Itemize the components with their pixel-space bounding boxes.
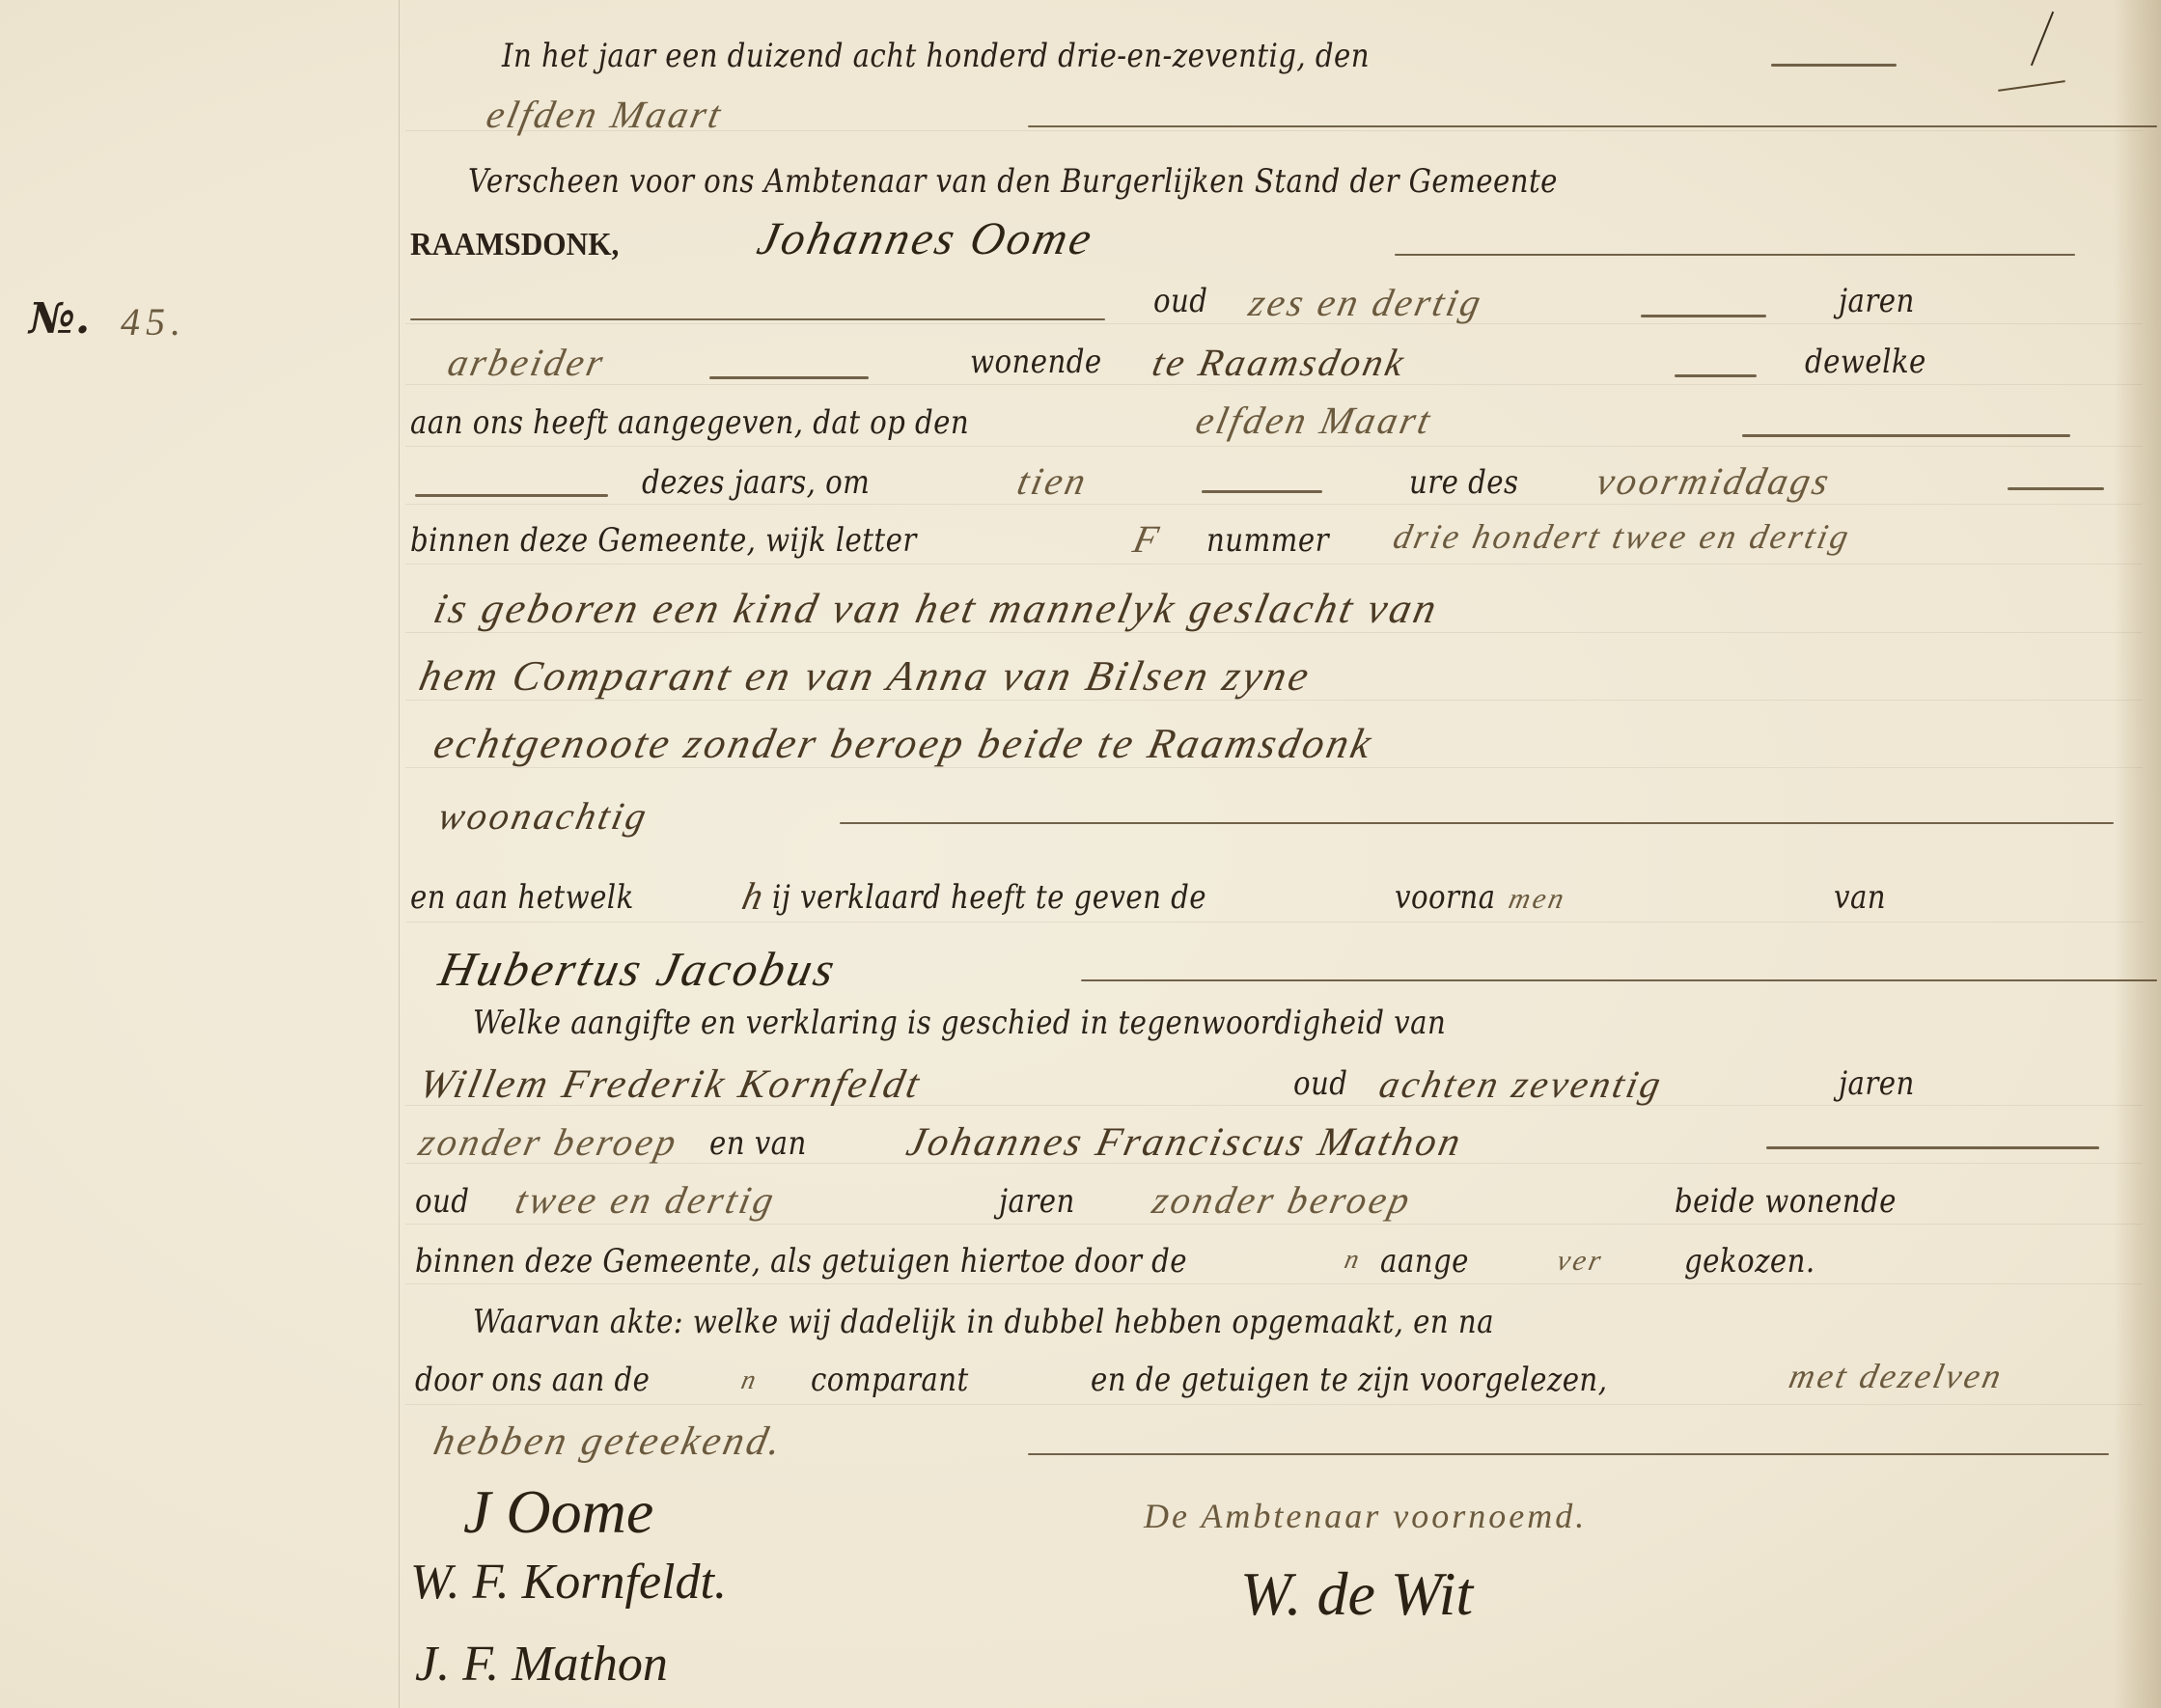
ward-letter: F bbox=[1129, 516, 1165, 562]
ruled-line bbox=[405, 922, 2143, 923]
ruled-line bbox=[405, 446, 2143, 447]
fill-rule bbox=[1202, 490, 1322, 493]
label-beide-wonende: beide wonende bbox=[1675, 1182, 1897, 1221]
record-number-label: №. bbox=[29, 294, 90, 344]
hand-line-22-end: met dezelven bbox=[1786, 1356, 2008, 1396]
birth-date: elfden Maart bbox=[1192, 398, 1437, 443]
label-comparant: comparant bbox=[811, 1361, 969, 1399]
fill-rule bbox=[1081, 979, 2157, 981]
signature-declarant: J Oome bbox=[463, 1476, 653, 1548]
fill-rule bbox=[840, 822, 2114, 824]
fill-rule bbox=[1028, 125, 2157, 127]
fill-rule bbox=[1641, 315, 1766, 317]
hand-line-10: is geboren een kind van het mannelyk ges… bbox=[429, 584, 1444, 633]
page-mark-dash bbox=[1998, 80, 2065, 92]
witness2-name: Johannes Franciscus Mathon bbox=[902, 1119, 1467, 1166]
fill-rule bbox=[415, 494, 608, 497]
print-line-9: binnen deze Gemeente, wijk letter bbox=[410, 521, 917, 560]
print-line-7: aan ons heeft aangegeven, dat op den bbox=[410, 403, 969, 442]
page-mark bbox=[2031, 12, 2054, 66]
hand-line-23: hebben geteekend. bbox=[429, 1419, 788, 1465]
label-oud: oud bbox=[1293, 1064, 1347, 1103]
hand-date: elfden Maart bbox=[483, 92, 728, 137]
municipality: RAAMSDONK, bbox=[410, 227, 619, 263]
fill-rule bbox=[1028, 1453, 2109, 1455]
fill-rule bbox=[1771, 64, 1897, 67]
suffix-ver: ver bbox=[1554, 1245, 1607, 1278]
fill-rule bbox=[1742, 434, 2070, 437]
print-line-20a: binnen deze Gemeente, als getuigen hiert… bbox=[415, 1242, 1187, 1281]
label-oud: oud bbox=[415, 1182, 469, 1221]
print-line-1: In het jaar een duizend acht honderd dri… bbox=[502, 37, 1370, 75]
witness1-age: achten zeventig bbox=[1375, 1061, 1668, 1107]
house-number: drie hondert twee en dertig bbox=[1390, 516, 1855, 557]
label-gekozen: gekozen. bbox=[1684, 1242, 1815, 1281]
suffix-n: n bbox=[738, 1365, 762, 1396]
label-van: van bbox=[1834, 878, 1886, 917]
fill-rule bbox=[1395, 254, 2075, 256]
declarant-occupation: arbeider bbox=[444, 340, 610, 385]
signature-witness2: J. F. Mathon bbox=[415, 1636, 668, 1693]
label-nummer: nummer bbox=[1206, 521, 1329, 560]
print-line-16: Welke aangifte en verklaring is geschied… bbox=[473, 1004, 1446, 1042]
hand-line-12: echtgenoote zonder beroep beide te Raams… bbox=[429, 719, 1378, 768]
print-line-3: Verscheen voor ons Ambtenaar van den Bur… bbox=[468, 162, 1558, 201]
label-dewelke: dewelke bbox=[1805, 343, 1926, 381]
print-line-14a: en aan hetwelk bbox=[410, 878, 634, 917]
ruled-line bbox=[405, 1224, 2143, 1225]
fill-rule bbox=[410, 318, 1105, 320]
margin-line bbox=[399, 0, 400, 1708]
label-jaren: jaren bbox=[999, 1182, 1075, 1221]
ruled-line bbox=[405, 1283, 2143, 1284]
declarant-residence: te Raamsdonk bbox=[1149, 340, 1411, 385]
child-given-names: Hubertus Jacobus bbox=[434, 941, 843, 997]
print-line-21: Waarvan akte: welke wij dadelijk in dubb… bbox=[473, 1303, 1494, 1341]
label-jaren: jaren bbox=[1839, 282, 1915, 320]
print-line-22a: door ons aan de bbox=[415, 1361, 650, 1399]
fill-rule bbox=[1766, 1146, 2099, 1149]
suffix-n: n bbox=[1342, 1245, 1365, 1276]
declarant-age: zes en dertig bbox=[1245, 280, 1487, 325]
witness1-name: Willem Frederik Kornfeldt bbox=[415, 1061, 926, 1108]
birth-time-of-day: voormiddags bbox=[1593, 458, 1836, 504]
print-line-22c: en de getuigen te zijn voorgelezen, bbox=[1091, 1361, 1607, 1399]
declarant-name: Johannes Oome bbox=[753, 212, 1099, 265]
print-line-14b: ij verklaard heeft te geven de bbox=[772, 878, 1206, 917]
witness2-age: twee en dertig bbox=[512, 1177, 781, 1223]
label-ure-des: ure des bbox=[1409, 463, 1518, 502]
pronoun-h: h bbox=[738, 873, 770, 919]
ruled-line bbox=[405, 564, 2143, 565]
record-number: 45. bbox=[121, 299, 186, 344]
label-voorna: voorna bbox=[1395, 878, 1496, 917]
fill-rule bbox=[1675, 374, 1757, 377]
label-wonende: wonende bbox=[970, 343, 1102, 381]
ruled-line bbox=[405, 504, 2143, 505]
label-en-van: en van bbox=[709, 1124, 807, 1163]
label-jaren: jaren bbox=[1839, 1064, 1915, 1103]
label-oud: oud bbox=[1153, 282, 1207, 320]
signature-witness1: W. F. Kornfeldt. bbox=[410, 1554, 727, 1611]
ruled-line bbox=[405, 1404, 2143, 1405]
witness2-occupation: zonder beroep bbox=[1149, 1177, 1416, 1223]
label-aange: aange bbox=[1380, 1242, 1469, 1281]
hand-line-13: woonachtig bbox=[434, 793, 653, 839]
label-dezes-jaars: dezes jaars, om bbox=[642, 463, 870, 502]
birth-hour: tien bbox=[1013, 458, 1093, 504]
suffix-men: men bbox=[1506, 883, 1569, 916]
fill-rule bbox=[2008, 487, 2104, 490]
signature-official: W. de Wit bbox=[1240, 1558, 1473, 1630]
document-page: №. 45. In het jaar een duizend acht hond… bbox=[0, 0, 2161, 1708]
witness1-occupation: zonder beroep bbox=[415, 1119, 682, 1165]
fill-rule bbox=[709, 376, 869, 379]
official-caption: De Ambtenaar voornoemd. bbox=[1144, 1496, 1587, 1536]
hand-line-11: hem Comparant en van Anna van Bilsen zyn… bbox=[415, 651, 1316, 701]
